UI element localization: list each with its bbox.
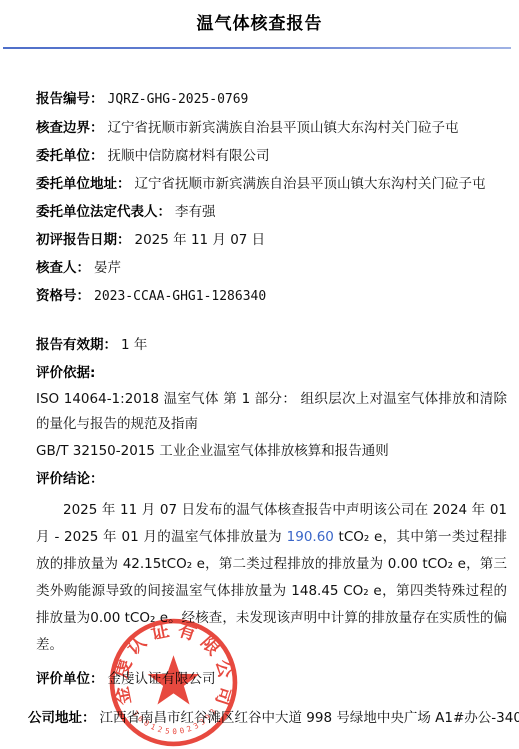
evaluation-basis-heading: 评价依据: [36,359,507,387]
field-value: 2023-CCAA-GHG1-1286340 [94,289,266,304]
field-label: 报告有效期： [36,337,117,353]
field-label: 委托单位地址： [36,176,131,192]
field-label: 委托单位法定代表人： [36,204,171,220]
field-value: 辽宁省抚顺市新宾满族自治县平顶山镇大东沟村关门砬子屯 [135,176,486,192]
field-legal-representative: 委托单位法定代表人：李有强 [36,198,507,226]
field-value: 2025 年 11 月 07 日 [135,232,266,248]
field-verification-boundary: 核查边界：辽宁省抚顺市新宾满族自治县平顶山镇大东沟村关门砬子屯 [36,114,507,142]
report-document: 温气体核查报告 报告编号：JQRZ-GHG-2025-0769 核查边界：辽宁省… [0,0,519,749]
total-emission-value: 190.60 [287,529,334,545]
field-initial-report-date: 初评报告日期：2025 年 11 月 07 日 [36,226,507,254]
page-title: 温气体核查报告 [0,0,519,34]
field-label: 核查人： [36,260,90,276]
field-value: 辽宁省抚顺市新宾满族自治县平顶山镇大东沟村关门砬子屯 [108,120,459,136]
field-value: JQRZ-GHG-2025-0769 [108,92,249,107]
field-label: 公司地址： [28,710,96,726]
evaluation-basis-iso: ISO 14064-1:2018 温室气体 第 1 部分： 组织层次上对温室气体… [36,387,507,437]
evaluation-basis-gb: GB/T 32150-2015 工业企业温室气体排放核算和报告通则 [36,437,507,465]
field-label: 初评报告日期： [36,232,131,248]
conclusion-paragraph: 2025 年 11 月 07 日发布的温气体核查报告中声明该公司在 2024 年… [36,497,507,659]
evaluation-conclusion-heading: 评价结论： [36,465,507,493]
field-label: 资格号： [36,288,90,304]
field-report-validity: 报告有效期：1 年 [36,331,507,359]
report-header-fields: 报告编号：JQRZ-GHG-2025-0769 核查边界：辽宁省抚顺市新宾满族自… [36,85,507,311]
field-label: 委托单位： [36,148,104,164]
field-client: 委托单位：抚顺中信防腐材料有限公司 [36,142,507,170]
field-value: 抚顺中信防腐材料有限公司 [108,148,270,164]
field-value: 李有强 [175,204,216,220]
field-value: 江西省南昌市红谷滩区红谷中大道 998 号绿地中央广场 A1#办公-3404 室 [100,710,519,726]
field-evaluation-org: 评价单位：金虔认证有限公司 [36,665,507,693]
conclusion-text-after: tCO₂ e，其中第一类过程排放的排放量为 42.15tCO₂ e，第二类过程排… [36,529,507,653]
field-value: 金虔认证有限公司 [108,671,216,687]
field-client-address: 委托单位地址：辽宁省抚顺市新宾满族自治县平顶山镇大东沟村关门砬子屯 [36,170,507,198]
report-body: 报告编号：JQRZ-GHG-2025-0769 核查边界：辽宁省抚顺市新宾满族自… [0,85,519,732]
field-value: 晏芹 [94,260,121,276]
field-label: 评价单位： [36,671,104,687]
field-verifier: 核查人：晏芹 [36,254,507,282]
field-report-number: 报告编号：JQRZ-GHG-2025-0769 [36,85,507,114]
field-qualification-number: 资格号：2023-CCAA-GHG1-1286340 [36,282,507,311]
field-company-address: 公司地址：江西省南昌市红谷滩区红谷中大道 998 号绿地中央广场 A1#办公-3… [28,704,507,732]
title-divider [3,47,511,49]
field-value: 1 年 [121,337,147,353]
field-label: 报告编号： [36,91,104,107]
field-label: 核查边界： [36,120,104,136]
